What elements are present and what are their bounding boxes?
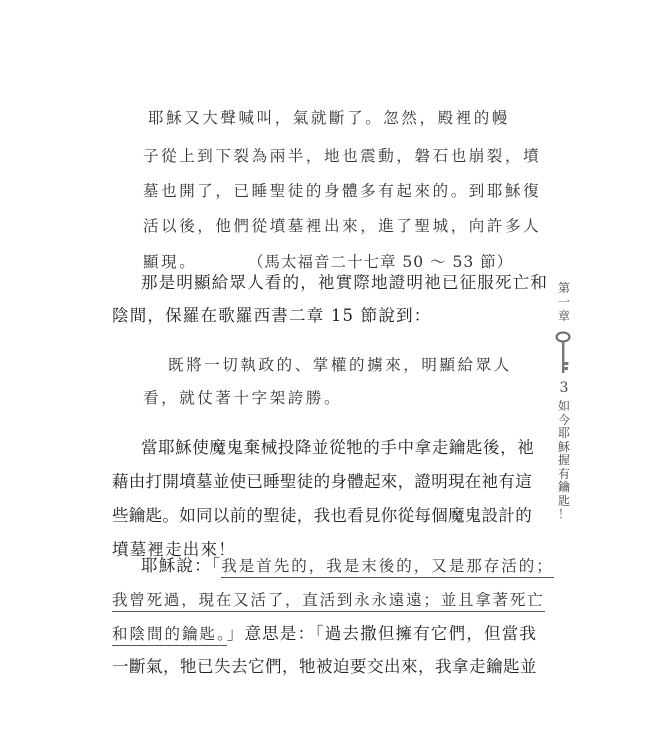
scripture-reference: （馬太福音二十七章 50 ～ 53 節） [248, 252, 513, 272]
chapter-char: 章 [552, 309, 576, 323]
book-page: 耶穌又大聲喊叫，氣就斷了。忽然，殿裡的幔 子從上到下裂為兩半，地也震動，磐石也崩… [0, 0, 650, 750]
title-char: 穌 [552, 441, 576, 455]
title-char: 有 [552, 468, 576, 482]
body-line: 那是明顯給眾人看的，祂實際地證明祂已征服死亡和 [141, 273, 548, 293]
title-char: 匙 [552, 495, 576, 509]
body-line: 陰間，保羅在歌羅西書二章 15 節說到： [112, 306, 432, 326]
title-char: 鑰 [552, 481, 576, 495]
body-line: 我曾死過，現在又活了，直活到永永遠遠；並且拿著死亡 [112, 590, 545, 610]
title-char: 如 [552, 400, 576, 414]
title-char: 今 [552, 414, 576, 428]
title-char: ！ [552, 508, 576, 522]
chapter-title: 如 今 耶 穌 握 有 鑰 匙 ！ [552, 400, 576, 522]
quote-line: 既將一切執政的、掌權的擄來，明顯給眾人 [168, 355, 512, 375]
quote-line: 子從上到下裂為兩半，地也震動，磐石也崩裂，墳 [143, 146, 541, 166]
quote-line: 看，就仗著十字架誇勝。 [143, 388, 342, 408]
key-icon [554, 330, 576, 376]
body-line: 當耶穌使魔鬼棄械投降並從牠的手中拿走鑰匙後，祂 [141, 438, 534, 458]
body-line: 和陰間的鑰匙。」意思是：「過去撒但擁有它們，但當我 [112, 624, 537, 644]
title-char: 耶 [552, 427, 576, 441]
underlined-quote: 我是首先的，我是末後的，又是那存活的； [221, 557, 554, 578]
quote-line: 顯現。 [143, 252, 197, 272]
chapter-char: 一 [552, 295, 576, 309]
quote-line: 活以後，他們從墳墓裡出來，進了聖城，向許多人 [143, 216, 541, 236]
quote-line: 耶穌又大聲喊叫，氣就斷了。忽然，殿裡的幔 [148, 108, 510, 128]
body-text: 」意思是：「過去撒但擁有它們，但當我 [227, 624, 537, 643]
chapter-number: 3 [552, 380, 576, 396]
speaker-prefix: 耶穌說：「 [141, 556, 221, 575]
chapter-char: 第 [552, 281, 576, 295]
underlined-quote: 和陰間的鑰匙。 [112, 625, 227, 646]
quote-line: 墓也開了，已睡聖徒的身體多有起來的。到耶穌復 [143, 181, 541, 201]
underlined-quote: 我曾死過，現在又活了，直活到永永遠遠；並且拿著死亡 [112, 591, 545, 612]
body-line: 些鑰匙。如同以前的聖徒，我也看見你從每個魔鬼設計的 [112, 506, 532, 526]
body-line: 一斷氣，牠已失去它們，牠被迫要交出來，我拿走鑰匙並 [112, 657, 537, 677]
title-char: 握 [552, 454, 576, 468]
chapter-label: 第 一 章 [552, 281, 576, 323]
body-line: 耶穌說：「我是首先的，我是末後的，又是那存活的； [141, 556, 554, 576]
body-line: 藉由打開墳墓並使已睡聖徒的身體起來，證明現在祂有這 [112, 472, 532, 492]
